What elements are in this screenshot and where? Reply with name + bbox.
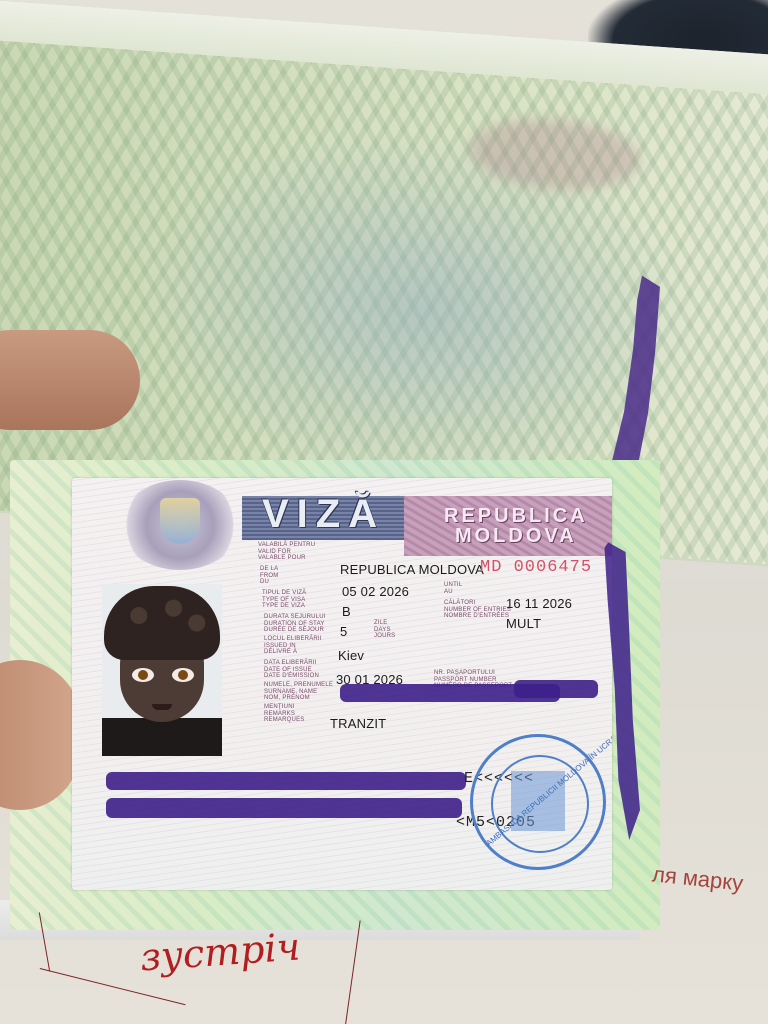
value-remarks: TRANZIT	[330, 716, 386, 731]
redacted-mrz-line-2	[106, 798, 462, 818]
label-days: ZILE DAYS JOURS	[374, 620, 395, 640]
redacted-mrz-line-1	[106, 772, 466, 790]
value-until: 16 11 2026	[506, 596, 572, 611]
label-surname-name: NUMELE, PRENUMELE SURNAME, NAME NOM, PRÉ…	[264, 682, 333, 702]
ghost-portrait-watermark	[470, 114, 640, 196]
holder-photo	[102, 584, 222, 756]
label-number-of-entries: CĂLĂTORI NUMBER OF ENTRIES NOMBRE D'ENTR…	[444, 600, 511, 620]
value-number-of-entries: MULT	[506, 616, 541, 631]
redacted-passport-number	[514, 680, 598, 698]
photo-mouth	[152, 704, 172, 710]
photo-hair	[104, 586, 220, 660]
value-duration-of-stay: 5	[340, 624, 347, 639]
country-name: REPUBLICA MOLDOVA	[444, 506, 588, 546]
value-type-of-visa: B	[342, 604, 351, 619]
photo-eye-right	[172, 668, 194, 682]
visa-title: VIZĂ	[262, 492, 385, 537]
photo-scene: VIZĂ REPUBLICA MOLDOVA VALABILĂ PENTRU V…	[0, 0, 768, 1024]
label-type-of-visa: TIPUL DE VIZĂ TYPE OF VISA TYPE DE VIZA	[262, 590, 306, 610]
label-issued-in: LOCUL ELIBERĂRII ISSUED IN DÉLIVRÉ À	[264, 636, 322, 656]
coat-of-arms-icon	[160, 498, 200, 544]
label-from: DE LA FROM DU	[260, 566, 278, 586]
label-duration-of-stay: DURATA SEJURULUI DURATION OF STAY DURÉE …	[264, 614, 326, 634]
photo-shirt	[102, 718, 222, 756]
printed-note-text: ля марку	[651, 861, 745, 896]
value-from: 05 02 2026	[342, 584, 409, 599]
visa-sticker: VIZĂ REPUBLICA MOLDOVA VALABILĂ PENTRU V…	[72, 478, 612, 890]
holding-finger	[0, 330, 140, 430]
label-valid-for: VALABILĂ PENTRU VALID FOR VALABLE POUR	[258, 542, 315, 562]
label-until: UNTIL AU	[444, 582, 462, 595]
visa-serial-number: MD 0006475	[480, 558, 592, 577]
photo-eye-left	[132, 668, 154, 682]
label-remarks: MENŢIUNI REMARKS REMARQUES	[264, 704, 304, 724]
label-date-of-issue: DATA ELIBERĂRII DATE OF ISSUE DATE D'ÉMI…	[264, 660, 319, 680]
country-line-1: REPUBLICA	[444, 506, 588, 526]
coat-of-arms-hologram	[120, 480, 240, 570]
country-line-2: MOLDOVA	[444, 526, 588, 546]
embassy-stamp: AMBASADA REPUBLICII MOLDOVA ÎN UCRAINA	[470, 734, 606, 870]
value-issued-in: Kiev	[338, 648, 364, 663]
value-valid-for: REPUBLICA MOLDOVA	[340, 562, 484, 577]
